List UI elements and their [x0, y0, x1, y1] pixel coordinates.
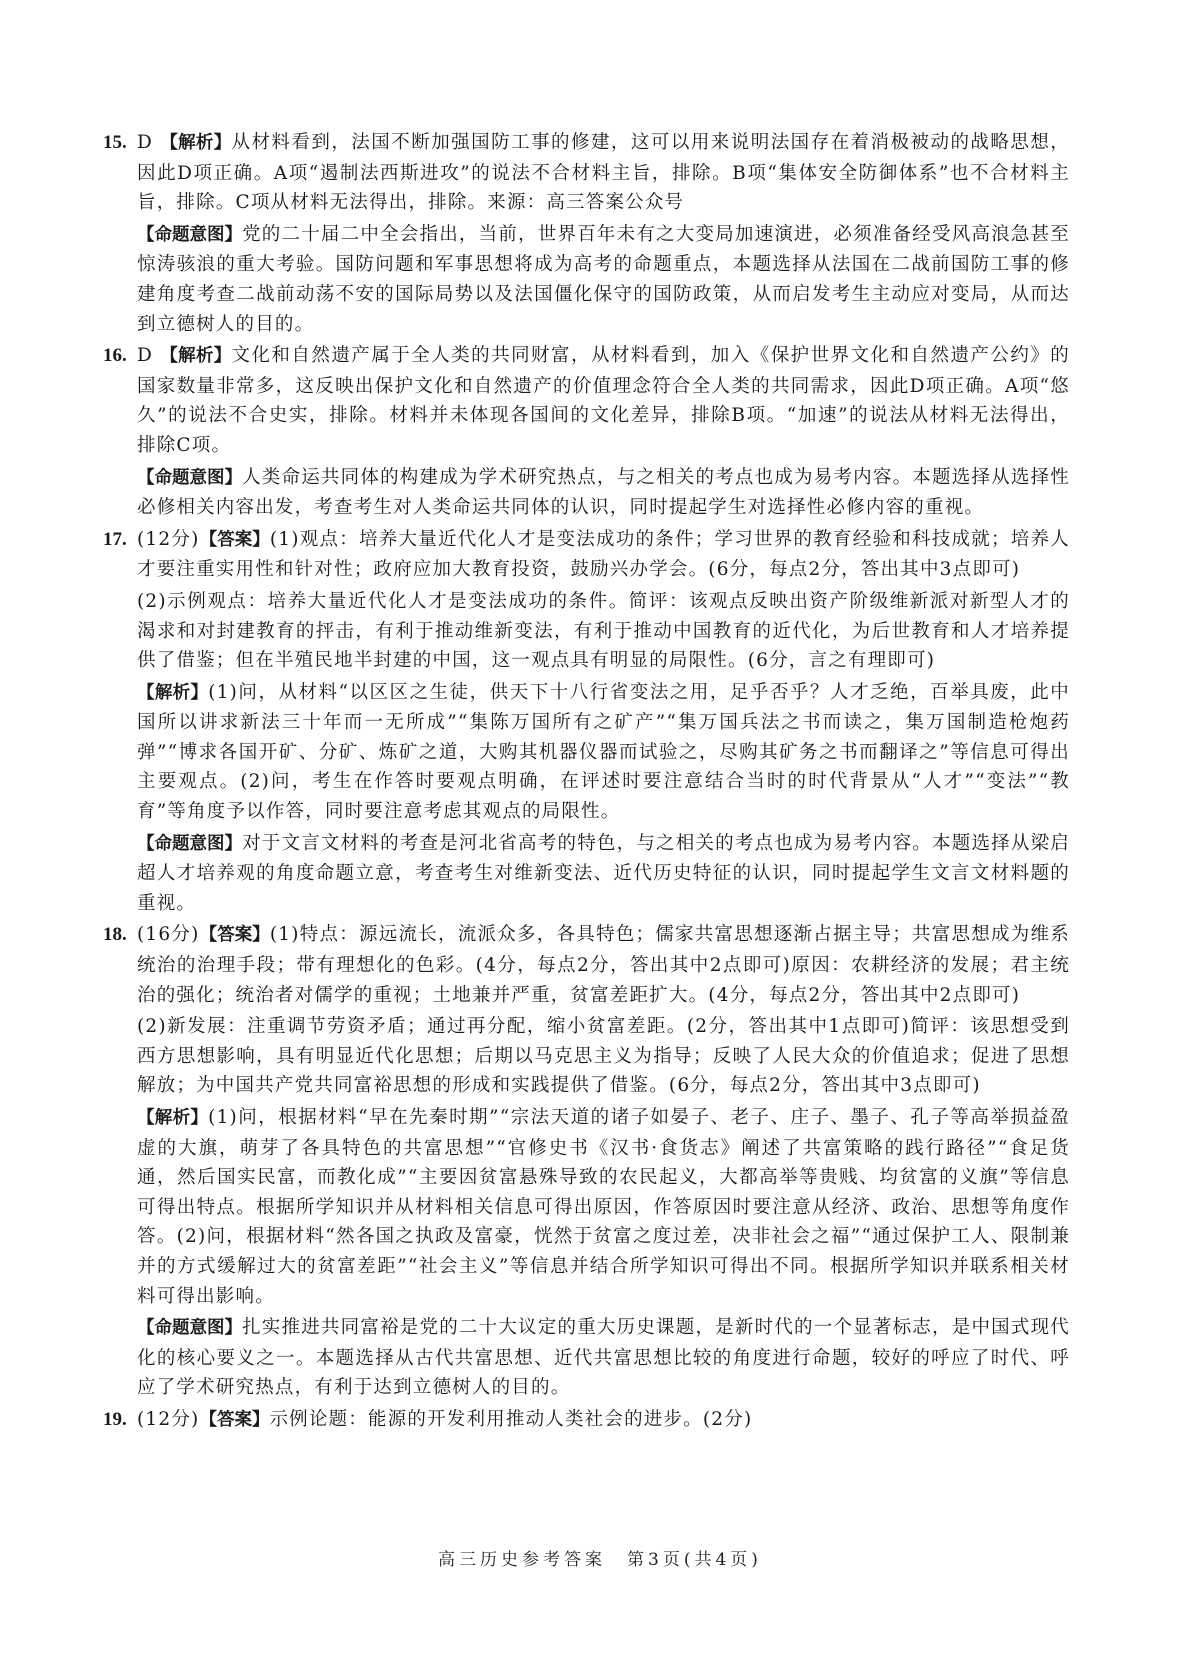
- paragraph-text: (2)示例观点：培养大量近代化人才是变法成功的条件。简评：该观点反映出资产阶级维…: [137, 591, 1070, 671]
- score: (12分): [137, 529, 200, 550]
- q18-analysis: 【解析】(1)问，根据材料“早在先秦时期”“宗法天道的诸子如晏子、老子、庄子、墨…: [137, 1103, 1070, 1311]
- paragraph-text: 从材料看到，法国不断加强国防工事的修建，这可以用来说明法国存在着消极被动的战略思…: [137, 132, 1070, 213]
- intent-tag: 【命题意图】: [137, 1318, 242, 1338]
- analysis-tag: 【解析】: [137, 1108, 208, 1128]
- question-19: 19.(12分)【答案】示例论题：能源的开发利用推动人类社会的进步。(2分): [120, 1405, 1070, 1436]
- q16-intent: 【命题意图】人类命运共同体的构建成为学术研究热点，与之相关的考点也成为易考内容。…: [137, 463, 1070, 523]
- paragraph-text: (1)观点：培养大量近代化人才是变法成功的条件；学习世界的教育经验和科技成就；培…: [137, 529, 1070, 581]
- question-17: 17.(12分)【答案】(1)观点：培养大量近代化人才是变法成功的条件；学习世界…: [120, 525, 1070, 919]
- q18-answer-1: 18.(16分)【答案】(1)特点：源远流长，流派众多，各具特色；儒家共富思想逐…: [137, 920, 1070, 1010]
- q16-analysis: 16.D 【解析】文化和自然遗产属于全人类的共同财富，从材料看到，加入《保护世界…: [137, 341, 1070, 460]
- q17-answer-2: (2)示例观点：培养大量近代化人才是变法成功的条件。简评：该观点反映出资产阶级维…: [137, 587, 1070, 676]
- answer-letter: D: [137, 345, 160, 366]
- answer-key-page: 15.D 【解析】从材料看到，法国不断加强国防工事的修建，这可以用来说明法国存在…: [120, 128, 1070, 1438]
- page-footer: 高三历史参考答案 第3页(共4页): [0, 1545, 1200, 1570]
- paragraph-text: 人类命运共同体的构建成为学术研究热点，与之相关的考点也成为易考内容。本题选择从选…: [137, 467, 1070, 519]
- question-15: 15.D 【解析】从材料看到，法国不断加强国防工事的修建，这可以用来说明法国存在…: [120, 128, 1070, 339]
- q17-answer-1: 17.(12分)【答案】(1)观点：培养大量近代化人才是变法成功的条件；学习世界…: [137, 525, 1070, 585]
- paragraph-text: (1)问，根据材料“早在先秦时期”“宗法天道的诸子如晏子、老子、庄子、墨子、孔子…: [137, 1107, 1070, 1307]
- q19-answer: 19.(12分)【答案】示例论题：能源的开发利用推动人类社会的进步。(2分): [137, 1405, 1070, 1436]
- intent-tag: 【命题意图】: [137, 834, 242, 854]
- answer-tag: 【答案】: [200, 925, 270, 945]
- answer-letter: D: [137, 132, 160, 153]
- analysis-tag: 【解析】: [160, 133, 231, 153]
- paragraph-text: 示例论题：能源的开发利用推动人类社会的进步。(2分): [269, 1409, 752, 1430]
- answer-tag: 【答案】: [199, 1410, 269, 1430]
- paragraph-text: 文化和自然遗产属于全人类的共同财富，从材料看到，加入《保护世界文化和自然遗产公约…: [137, 345, 1070, 456]
- question-number: 15.: [103, 128, 127, 158]
- analysis-tag: 【解析】: [137, 683, 208, 703]
- question-16: 16.D 【解析】文化和自然遗产属于全人类的共同财富，从材料看到，加入《保护世界…: [120, 341, 1070, 523]
- q15-intent: 【命题意图】党的二十届二中全会指出，当前，世界百年未有之大变局加速演进，必须准备…: [137, 220, 1070, 339]
- answer-tag: 【答案】: [200, 530, 270, 550]
- q17-analysis: 【解析】(1)问，从材料“以区区之生徒，供天下十八行省变法之用，足乎否乎？人才乏…: [137, 678, 1070, 827]
- paragraph-text: 对于文言文材料的考查是河北省高考的特色，与之相关的考点也成为易考内容。本题选择从…: [137, 833, 1070, 914]
- analysis-tag: 【解析】: [160, 346, 231, 366]
- question-number: 17.: [103, 525, 127, 555]
- paragraph-text: (1)问，从材料“以区区之生徒，供天下十八行省变法之用，足乎否乎？人才乏绝，百举…: [137, 682, 1070, 822]
- question-number: 19.: [103, 1405, 127, 1435]
- q15-analysis: 15.D 【解析】从材料看到，法国不断加强国防工事的修建，这可以用来说明法国存在…: [137, 128, 1070, 218]
- q17-intent: 【命题意图】对于文言文材料的考查是河北省高考的特色，与之相关的考点也成为易考内容…: [137, 829, 1070, 919]
- paragraph-text: 党的二十届二中全会指出，当前，世界百年未有之大变局加速演进，必须准备经受风高浪急…: [137, 224, 1070, 335]
- score: (12分): [137, 1409, 199, 1430]
- question-18: 18.(16分)【答案】(1)特点：源远流长，流派众多，各具特色；儒家共富思想逐…: [120, 920, 1070, 1403]
- intent-tag: 【命题意图】: [137, 468, 242, 488]
- question-number: 18.: [103, 920, 127, 950]
- paragraph-text: 扎实推进共同富裕是党的二十大议定的重大历史课题，是新时代的一个显著标志，是中国式…: [137, 1317, 1070, 1398]
- q18-intent: 【命题意图】扎实推进共同富裕是党的二十大议定的重大历史课题，是新时代的一个显著标…: [137, 1313, 1070, 1403]
- score: (16分): [137, 924, 200, 945]
- paragraph-text: (1)特点：源远流长，流派众多，各具特色；儒家共富思想逐渐占据主导；共富思想成为…: [137, 924, 1070, 1005]
- q18-answer-2: (2)新发展：注重调节劳资矛盾；通过再分配，缩小贫富差距。(2分，答出其中1点即…: [137, 1012, 1070, 1101]
- intent-tag: 【命题意图】: [137, 225, 242, 245]
- paragraph-text: (2)新发展：注重调节劳资矛盾；通过再分配，缩小贫富差距。(2分，答出其中1点即…: [137, 1016, 1070, 1096]
- question-number: 16.: [103, 341, 127, 371]
